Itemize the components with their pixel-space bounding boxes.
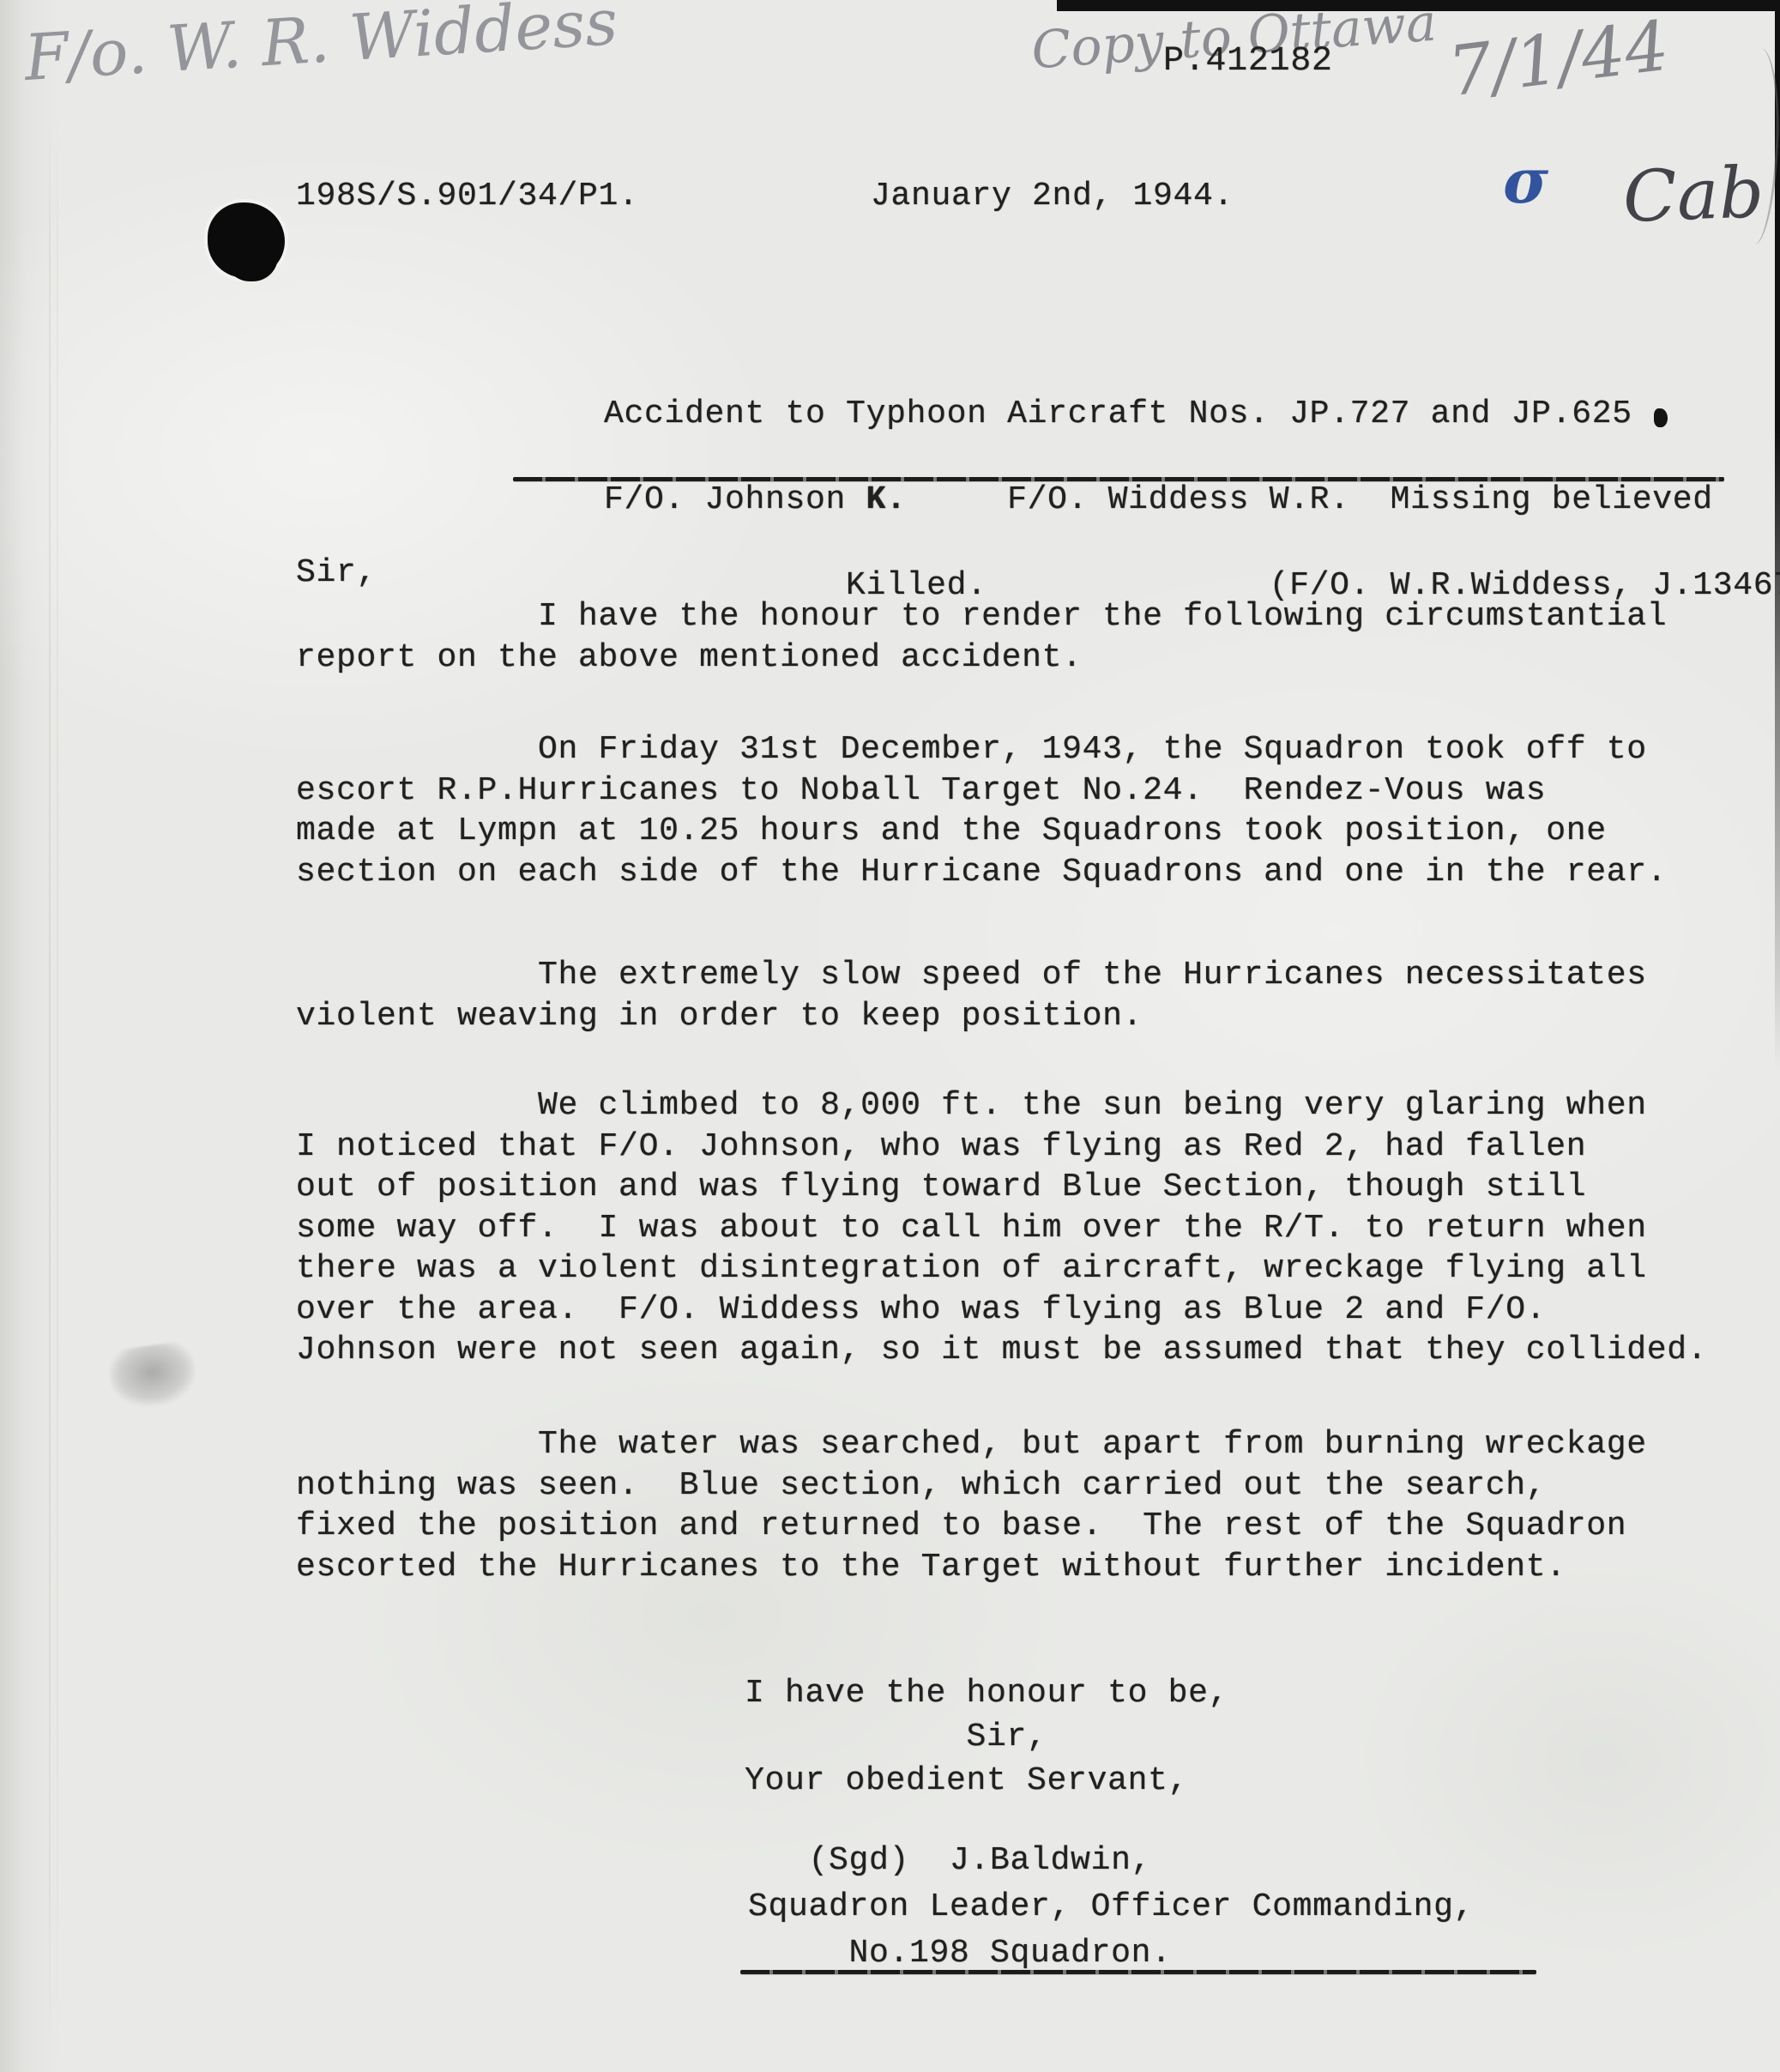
signature-block: (Sgd) J.Baldwin, Squadron Leader, Office…	[748, 1838, 1474, 1977]
paper-crease-left-2	[57, 0, 58, 2072]
paragraph-2: On Friday 31st December, 1943, the Squad…	[296, 729, 1667, 892]
date-line: January 2nd, 1944.	[871, 176, 1234, 217]
subject-line1: Accident to Typhoon Aircraft Nos. JP.727…	[604, 396, 1632, 432]
signature-underline	[740, 1970, 1536, 1974]
paragraph-4: We climbed to 8,000 ft. the sun being ve…	[296, 1085, 1707, 1371]
subject-line2-initial: K.	[866, 481, 907, 518]
subject-line2-pre: F/O. Johnson	[604, 481, 866, 518]
closing-block: I have the honour to be, Sir, Your obedi…	[745, 1671, 1228, 1803]
file-number: P.412182	[1163, 41, 1333, 82]
subject-line2-post: F/O. Widdess W.R. Missing believed	[907, 481, 1713, 518]
paragraph-3: The extremely slow speed of the Hurrican…	[296, 955, 1647, 1036]
subject-underline	[513, 477, 1724, 481]
paper-crease-left	[49, 0, 51, 2072]
reference-number: 198S/S.901/34/P1.	[296, 176, 639, 217]
handwritten-cab-note: Cab	[1621, 152, 1765, 239]
handwritten-copy-date: 7/1/44	[1444, 6, 1673, 112]
handwritten-pilot-name: F/o. W. R. Widdess	[22, 0, 619, 95]
salutation: Sir,	[296, 553, 377, 594]
paragraph-1: I have the honour to render the followin…	[296, 596, 1667, 678]
paragraph-5: The water was searched, but apart from b…	[296, 1424, 1647, 1587]
blue-ink-mark: σ	[1503, 144, 1548, 217]
pencil-smudge	[106, 1339, 200, 1411]
document-page: F/o. W. R. Widdess Copy to Ottawa 7/1/44…	[0, 0, 1780, 2072]
punch-hole	[208, 202, 285, 278]
